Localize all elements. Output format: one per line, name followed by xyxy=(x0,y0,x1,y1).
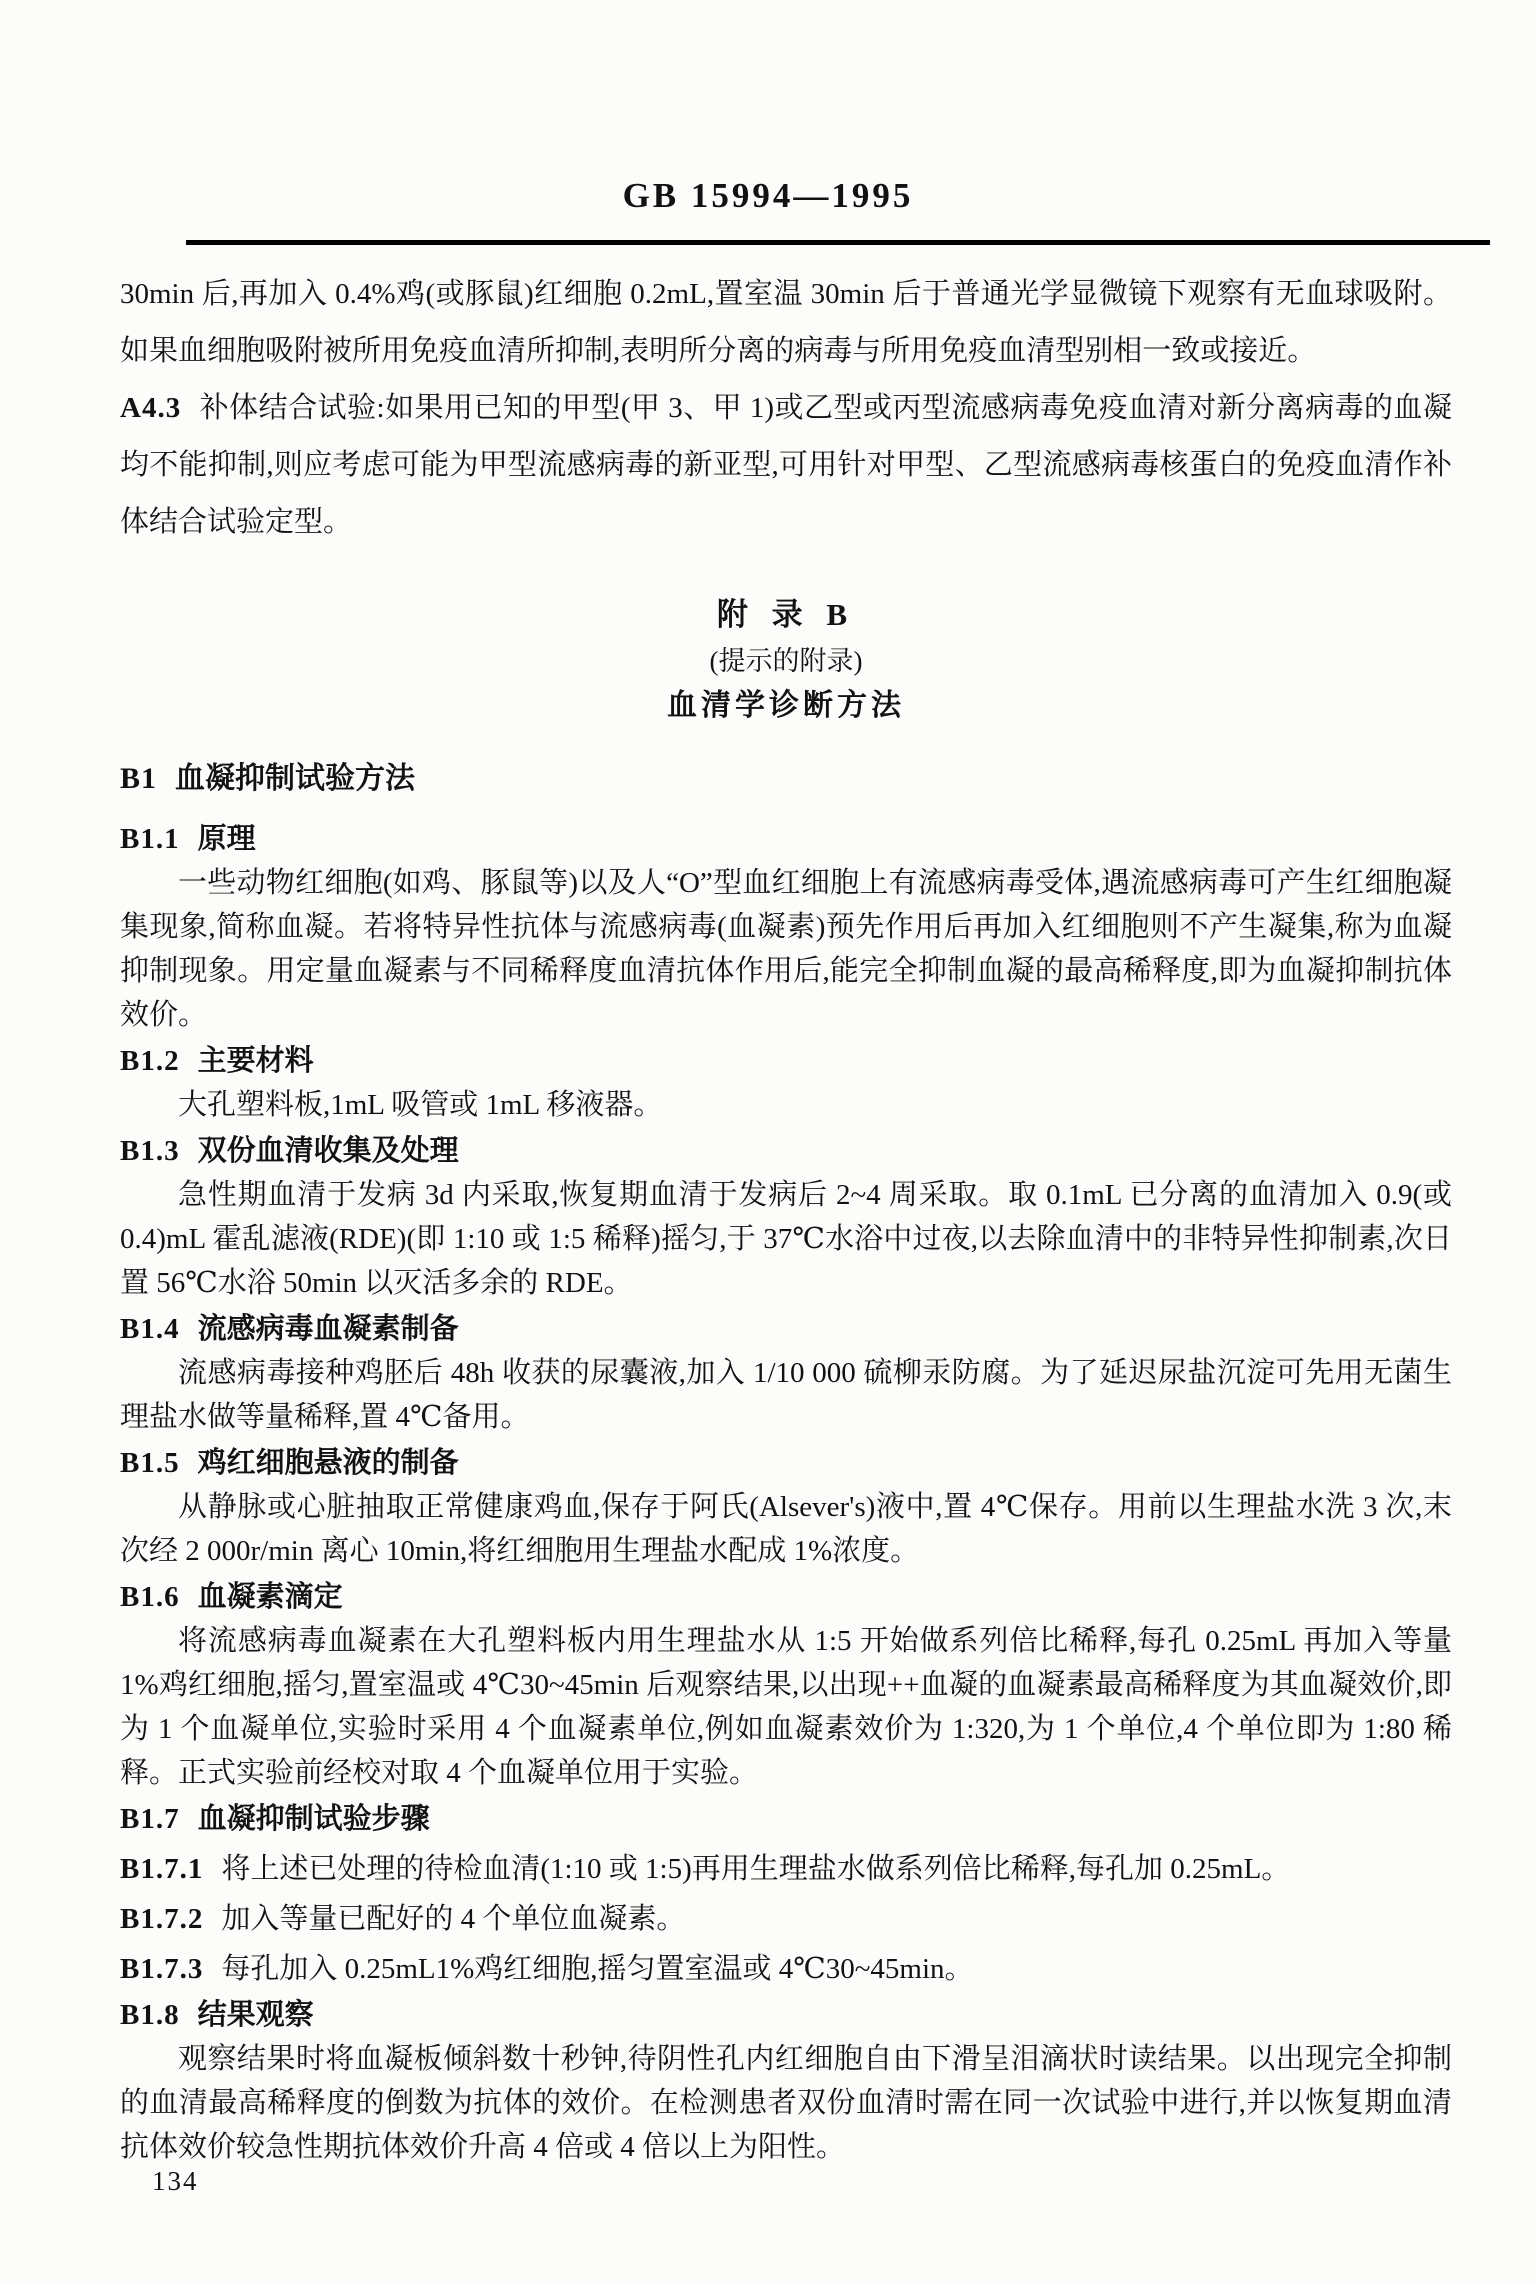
clause-b1-title: 血凝抑制试验方法 xyxy=(175,762,415,795)
clause-a4-3-text: 补体结合试验:如果用已知的甲型(甲 3、甲 1)或乙型或丙型流感病毒免疫血清对新… xyxy=(120,392,1452,538)
clause-b1-7-heading: B1.7血凝抑制试验步骤 xyxy=(120,1797,1452,1841)
page-number: 134 xyxy=(152,2166,199,2197)
clause-b1-6-paragraph: 将流感病毒血凝素在大孔塑料板内用生理盐水从 1:5 开始做系列倍比稀释,每孔 0… xyxy=(120,1619,1452,1795)
clause-b1-8-label: B1.8 xyxy=(120,1999,180,2031)
clause-b1-6-heading: B1.6血凝素滴定 xyxy=(120,1575,1452,1619)
clause-b1-7-3-label: B1.7.3 xyxy=(120,1953,203,1985)
clause-b1-3-title: 双份血清收集及处理 xyxy=(198,1135,459,1167)
appendix-title: 附 录 B xyxy=(120,591,1452,639)
appendix-header: 附 录 B (提示的附录) 血清学诊断方法 xyxy=(120,591,1452,729)
clause-b1-7-title: 血凝抑制试验步骤 xyxy=(198,1803,430,1835)
clause-b1-6-label: B1.6 xyxy=(120,1581,180,1613)
clause-b1-7-1-label: B1.7.1 xyxy=(120,1853,203,1885)
clause-b1-2-paragraph: 大孔塑料板,1mL 吸管或 1mL 移液器。 xyxy=(120,1083,1452,1127)
clause-b1-7-2-label: B1.7.2 xyxy=(120,1903,203,1935)
clause-b1-4-label: B1.4 xyxy=(120,1313,180,1345)
document-body: 30min 后,再加入 0.4%鸡(或豚鼠)红细胞 0.2mL,置室温 30mi… xyxy=(120,266,1452,2169)
clause-b1-1-heading: B1.1原理 xyxy=(120,817,1452,861)
clause-b1-2-label: B1.2 xyxy=(120,1045,180,1077)
clause-b1-7-1-text: 将上述已处理的待检血清(1:10 或 1:5)再用生理盐水做系列倍比稀释,每孔加… xyxy=(221,1853,1290,1885)
clause-b1-label: B1 xyxy=(120,762,157,795)
clause-b1-4-paragraph: 流感病毒接种鸡胚后 48h 收获的尿囊液,加入 1/10 000 硫柳汞防腐。为… xyxy=(120,1351,1452,1439)
clause-b1-1-paragraph: 一些动物红细胞(如鸡、豚鼠等)以及人“O”型血红细胞上有流感病毒受体,遇流感病毒… xyxy=(120,861,1452,1037)
clause-b1-2-heading: B1.2主要材料 xyxy=(120,1039,1452,1083)
clause-b1-4-heading: B1.4流感病毒血凝素制备 xyxy=(120,1307,1452,1351)
clause-b1-7-3: B1.7.3每孔加入 0.25mL1%鸡红细胞,摇匀置室温或 4℃30~45mi… xyxy=(120,1947,1452,1991)
clause-b1-heading: B1血凝抑制试验方法 xyxy=(120,757,1452,801)
clause-b1-8-title: 结果观察 xyxy=(198,1999,314,2031)
clause-b1-4-title: 流感病毒血凝素制备 xyxy=(198,1313,459,1345)
clause-b1-5-title: 鸡红细胞悬液的制备 xyxy=(198,1447,459,1479)
section-b1: B1血凝抑制试验方法 B1.1原理 一些动物红细胞(如鸡、豚鼠等)以及人“O”型… xyxy=(120,757,1452,2169)
header-rule xyxy=(186,240,1490,245)
clause-b1-7-3-text: 每孔加入 0.25mL1%鸡红细胞,摇匀置室温或 4℃30~45min。 xyxy=(221,1953,973,1985)
clause-b1-7-2-text: 加入等量已配好的 4 个单位血凝素。 xyxy=(221,1903,685,1935)
appendix-doc-title: 血清学诊断方法 xyxy=(120,683,1452,729)
clause-b1-3-label: B1.3 xyxy=(120,1135,180,1167)
appendix-subtitle: (提示的附录) xyxy=(120,639,1452,683)
clause-b1-3-paragraph: 急性期血清于发病 3d 内采取,恢复期血清于发病后 2~4 周采取。取 0.1m… xyxy=(120,1173,1452,1305)
clause-b1-7-label: B1.7 xyxy=(120,1803,180,1835)
document-page: GB 15994—1995 30min 后,再加入 0.4%鸡(或豚鼠)红细胞 … xyxy=(0,0,1536,2285)
clause-b1-2-title: 主要材料 xyxy=(198,1045,314,1077)
clause-b1-7-1: B1.7.1将上述已处理的待检血清(1:10 或 1:5)再用生理盐水做系列倍比… xyxy=(120,1847,1452,1891)
standard-code: GB 15994—1995 xyxy=(0,176,1536,216)
clause-b1-7-2: B1.7.2加入等量已配好的 4 个单位血凝素。 xyxy=(120,1897,1452,1941)
clause-b1-1-title: 原理 xyxy=(198,823,256,855)
clause-b1-8-heading: B1.8结果观察 xyxy=(120,1993,1452,2037)
clause-a4-3: A4.3补体结合试验:如果用已知的甲型(甲 3、甲 1)或乙型或丙型流感病毒免疫… xyxy=(120,380,1452,551)
clause-b1-5-heading: B1.5鸡红细胞悬液的制备 xyxy=(120,1441,1452,1485)
continuation-paragraph: 30min 后,再加入 0.4%鸡(或豚鼠)红细胞 0.2mL,置室温 30mi… xyxy=(120,266,1452,380)
section-a4-continuation: 30min 后,再加入 0.4%鸡(或豚鼠)红细胞 0.2mL,置室温 30mi… xyxy=(120,266,1452,551)
clause-b1-3-heading: B1.3双份血清收集及处理 xyxy=(120,1129,1452,1173)
clause-b1-6-title: 血凝素滴定 xyxy=(198,1581,343,1613)
clause-a4-3-label: A4.3 xyxy=(120,392,181,424)
clause-b1-5-label: B1.5 xyxy=(120,1447,180,1479)
clause-b1-5-paragraph: 从静脉或心脏抽取正常健康鸡血,保存于阿氏(Alsever's)液中,置 4℃保存… xyxy=(120,1485,1452,1573)
clause-b1-1-label: B1.1 xyxy=(120,823,180,855)
clause-b1-8-paragraph: 观察结果时将血凝板倾斜数十秒钟,待阴性孔内红细胞自由下滑呈泪滴状时读结果。以出现… xyxy=(120,2037,1452,2169)
